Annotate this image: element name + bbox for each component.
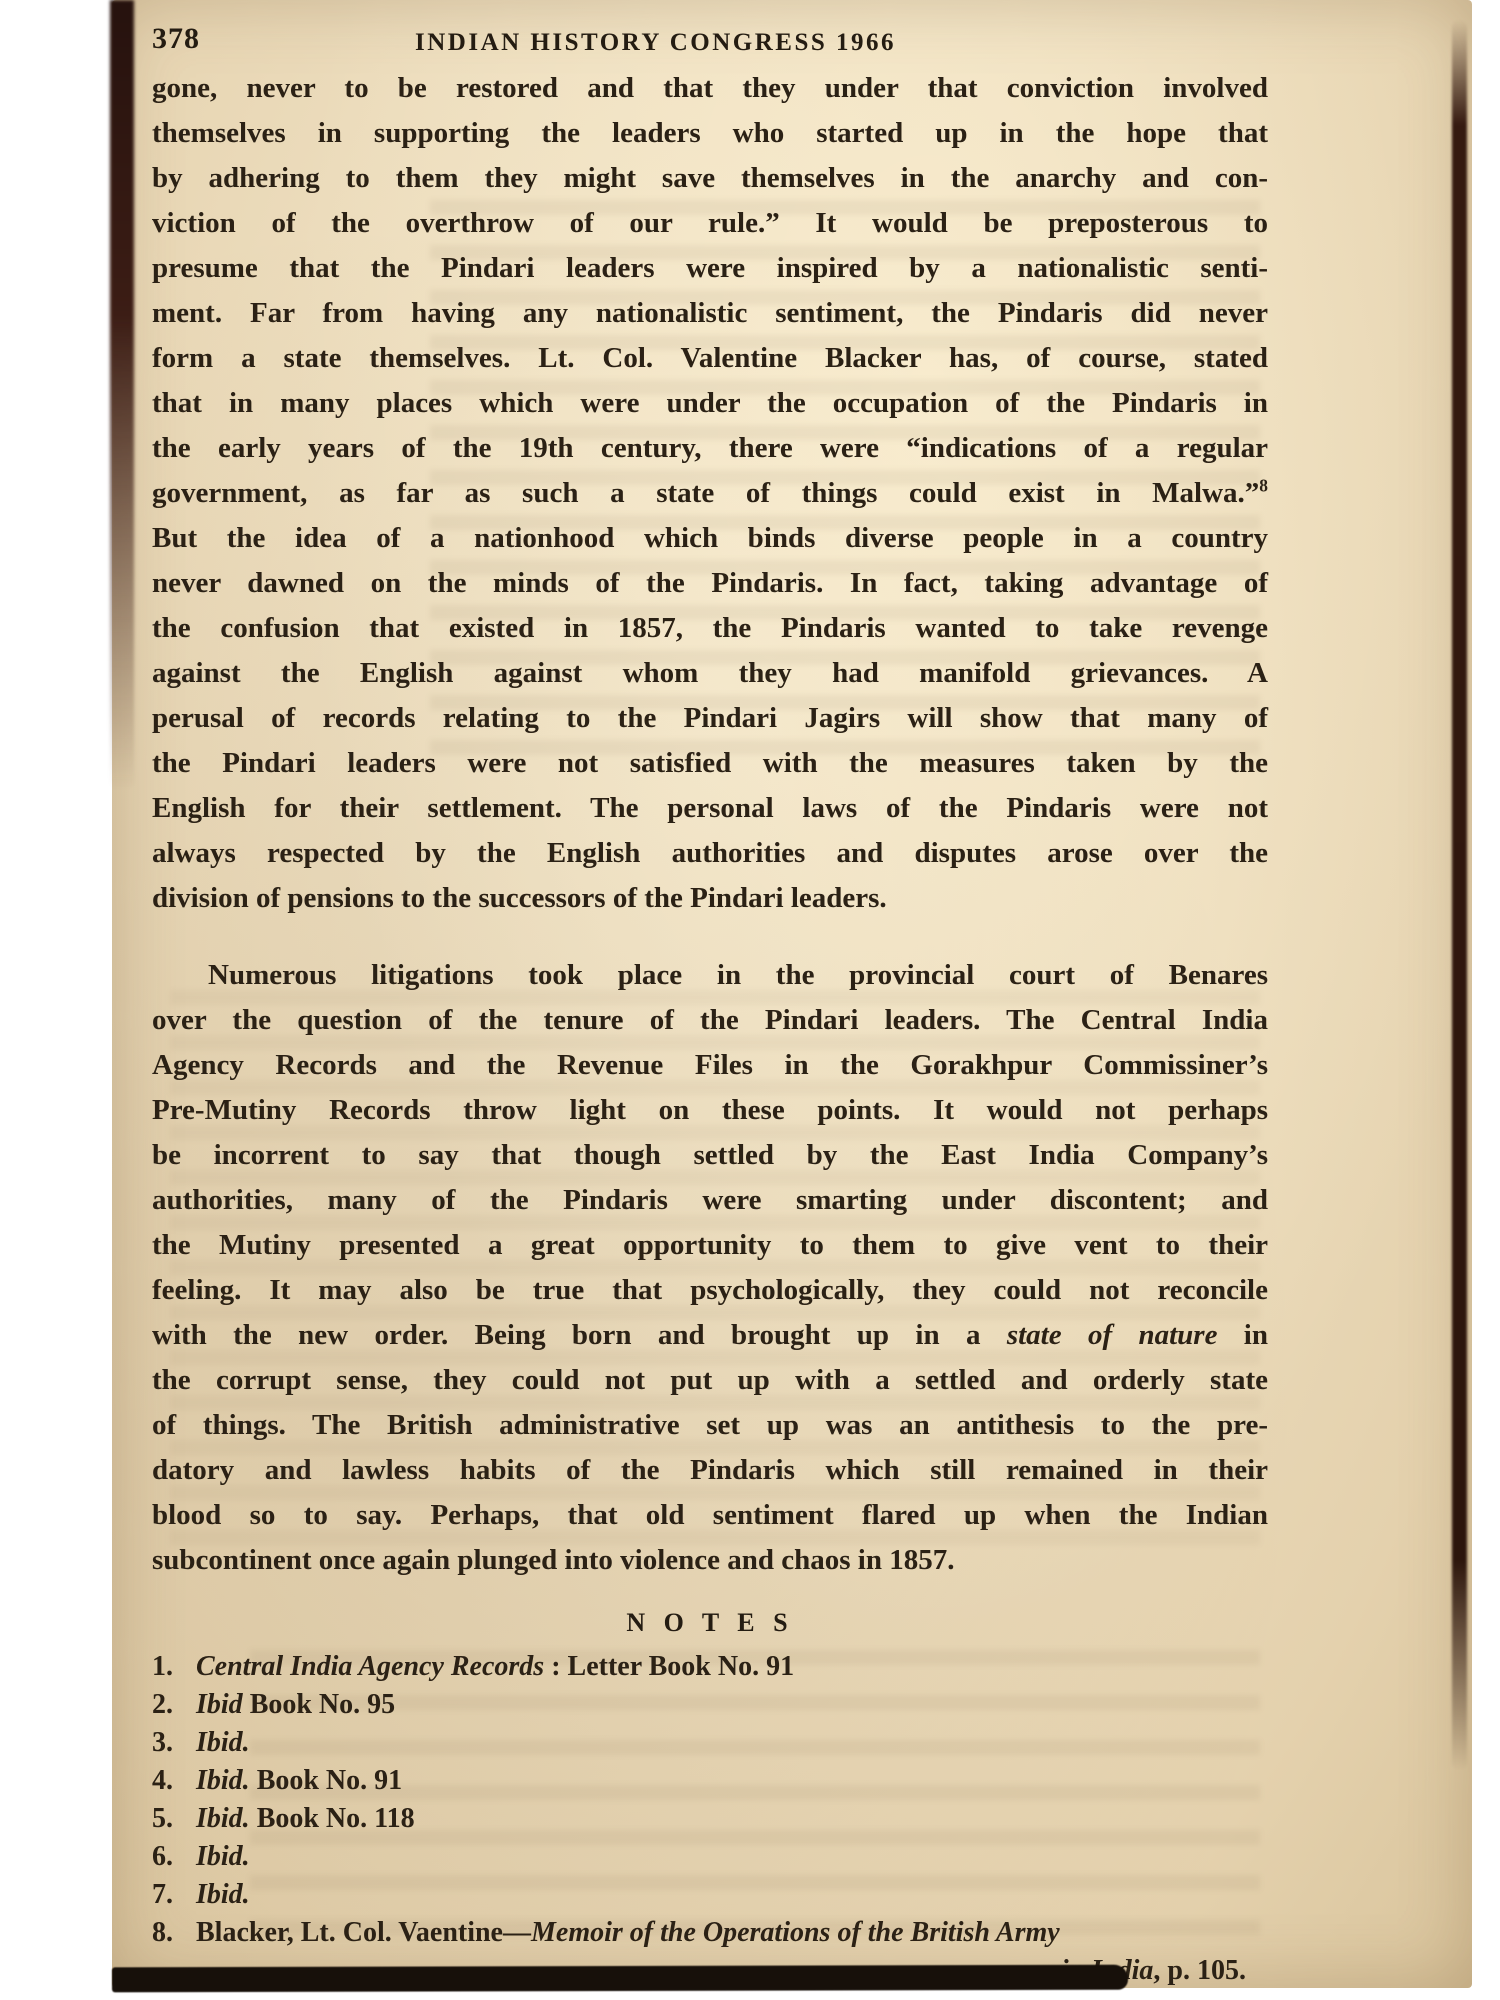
- note-number: 7.: [152, 1876, 196, 1914]
- bottom-scan-bar: [112, 1965, 1128, 1993]
- text-line: never dawned on the minds of the Pindari…: [152, 561, 1268, 606]
- note-text: Ibid.: [196, 1876, 1268, 1914]
- note-text: Ibid. Book No. 91: [196, 1762, 1268, 1800]
- body-text-column: gone, never to be restored and that they…: [152, 66, 1268, 1583]
- italic-text: Ibid: [196, 1689, 243, 1720]
- text-line: over the question of the tenure of the P…: [152, 998, 1268, 1043]
- note-item: 6.Ibid.: [152, 1838, 1268, 1876]
- note-number: 8.: [152, 1914, 196, 1952]
- text-line: the Mutiny presented a great opportunity…: [152, 1223, 1268, 1268]
- note-number: 1.: [152, 1648, 196, 1686]
- text-line: themselves in supporting the leaders who…: [152, 111, 1268, 156]
- note-item: 3.Ibid.: [152, 1724, 1268, 1762]
- text-line: authorities, many of the Pindaris were s…: [152, 1178, 1268, 1223]
- italic-text: Ibid.: [196, 1765, 250, 1796]
- text-line: form a state themselves. Lt. Col. Valent…: [152, 336, 1268, 381]
- note-text: Ibid Book No. 95: [196, 1686, 1268, 1724]
- italic-text: state of nature: [1007, 1319, 1218, 1351]
- italic-text: Ibid.: [196, 1727, 250, 1758]
- text-segment: Book No. 91: [250, 1765, 402, 1796]
- text-line: the corrupt sense, they could not put up…: [152, 1358, 1268, 1403]
- note-item: 4.Ibid. Book No. 91: [152, 1762, 1268, 1800]
- note-text: Ibid. Book No. 118: [196, 1800, 1268, 1838]
- text-line: of things. The British administrative se…: [152, 1403, 1268, 1448]
- note-number: 5.: [152, 1800, 196, 1838]
- italic-text: Central India Agency Records: [196, 1651, 544, 1682]
- text-segment: , p. 105.: [1153, 1955, 1246, 1986]
- text-line: Numerous litigations took place in the p…: [152, 953, 1268, 998]
- text-line: the Pindari leaders were not satisfied w…: [152, 741, 1268, 786]
- text-line: Agency Records and the Revenue Files in …: [152, 1043, 1268, 1088]
- text-segment: Book No. 95: [243, 1689, 395, 1720]
- text-line: government, as far as such a state of th…: [152, 471, 1268, 516]
- scanned-book-page-canvas: 378 INDIAN HISTORY CONGRESS 1966 gone, n…: [0, 0, 1500, 2000]
- text-line: But the idea of a nationhood which binds…: [152, 516, 1268, 561]
- italic-text: Memoir of the Operations of the British …: [531, 1917, 1060, 1948]
- note-number: 4.: [152, 1762, 196, 1800]
- text-segment: Book No. 118: [250, 1803, 415, 1834]
- text-line: English for their settlement. The person…: [152, 786, 1268, 831]
- header-title: INDIAN HISTORY CONGRESS 1966: [415, 29, 896, 57]
- text-line: the early years of the 19th century, the…: [152, 426, 1268, 471]
- text-line: gone, never to be restored and that they…: [152, 66, 1268, 111]
- text-segment: : Letter Book No. 91: [544, 1651, 794, 1682]
- text-line: blood so to say. Perhaps, that old senti…: [152, 1493, 1268, 1538]
- text-line: be incorrent to say that though settled …: [152, 1133, 1268, 1178]
- note-number: 6.: [152, 1838, 196, 1876]
- note-item: 1.Central India Agency Records : Letter …: [152, 1648, 1268, 1686]
- note-text: Ibid.: [196, 1838, 1268, 1876]
- notes-list: 1.Central India Agency Records : Letter …: [152, 1648, 1268, 1990]
- text-line: Pre-Mutiny Records throw light on these …: [152, 1088, 1268, 1133]
- italic-text: Ibid.: [196, 1803, 250, 1834]
- text-line: presume that the Pindari leaders were in…: [152, 246, 1268, 291]
- text-segment: Blacker, Lt. Col. Vaentine—: [196, 1917, 531, 1948]
- right-edge-shadow: [1452, 20, 1467, 1770]
- note-text: Blacker, Lt. Col. Vaentine—Memoir of the…: [196, 1914, 1268, 1952]
- paragraph-2: Numerous litigations took place in the p…: [152, 953, 1268, 1583]
- note-text: Central India Agency Records : Letter Bo…: [196, 1648, 1268, 1686]
- text-line: viction of the overthrow of our rule.” I…: [152, 201, 1268, 246]
- italic-text: Ibid.: [196, 1879, 250, 1910]
- text-segment: government, as far as such a state of th…: [152, 477, 1259, 509]
- page-number: 378: [152, 22, 200, 56]
- note-number: 3.: [152, 1724, 196, 1762]
- note-item: 2.Ibid Book No. 95: [152, 1686, 1268, 1724]
- text-line: with the new order. Being born and broug…: [152, 1313, 1268, 1358]
- text-line: perusal of records relating to the Pinda…: [152, 696, 1268, 741]
- text-line: subcontinent once again plunged into vio…: [152, 1538, 1268, 1583]
- note-number: 2.: [152, 1686, 196, 1724]
- note-item: 8.Blacker, Lt. Col. Vaentine—Memoir of t…: [152, 1914, 1268, 1952]
- left-gutter-shadow: [110, 0, 134, 790]
- notes-heading: N O T E S: [152, 1608, 1268, 1638]
- paragraph-1: gone, never to be restored and that they…: [152, 66, 1268, 921]
- text-segment: in: [1217, 1319, 1268, 1351]
- text-line: ment. Far from having any nationalistic …: [152, 291, 1268, 336]
- text-line: division of pensions to the successors o…: [152, 876, 1268, 921]
- text-line: always respected by the English authorit…: [152, 831, 1268, 876]
- note-item: 7.Ibid.: [152, 1876, 1268, 1914]
- text-line: by adhering to them they might save them…: [152, 156, 1268, 201]
- text-line: the confusion that existed in 1857, the …: [152, 606, 1268, 651]
- text-line: datory and lawless habits of the Pindari…: [152, 1448, 1268, 1493]
- text-segment: with the new order. Being born and broug…: [152, 1319, 1007, 1351]
- text-line: feeling. It may also be true that psycho…: [152, 1268, 1268, 1313]
- note-item: 5.Ibid. Book No. 118: [152, 1800, 1268, 1838]
- text-line: against the English against whom they ha…: [152, 651, 1268, 696]
- text-line: that in many places which were under the…: [152, 381, 1268, 426]
- note-text: Ibid.: [196, 1724, 1268, 1762]
- italic-text: Ibid.: [196, 1841, 250, 1872]
- footnote-marker: 8: [1259, 475, 1268, 495]
